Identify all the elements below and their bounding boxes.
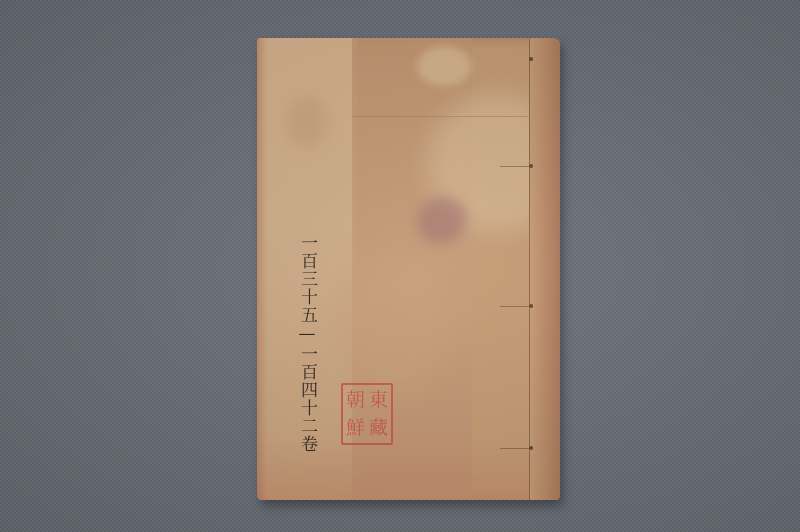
binding-stitch: [500, 166, 530, 167]
cover-crease: [352, 116, 532, 117]
binding-hole: [529, 446, 533, 450]
handwritten-volume-label: 一百三十五—一百四十二卷: [291, 234, 323, 453]
seal-char: 鮮: [346, 419, 365, 438]
book-spine: [529, 38, 560, 500]
binding-stitch: [500, 448, 530, 449]
paper-stain: [337, 253, 447, 403]
seal-char: 東: [369, 391, 388, 410]
binding-stitch: [500, 306, 530, 307]
binding-hole: [529, 304, 533, 308]
paper-stain: [287, 98, 327, 148]
book-cover: 一百三十五—一百四十二卷 朝 東 鮮 藏: [257, 38, 560, 500]
seal-char: 藏: [369, 419, 388, 438]
binding-hole: [529, 164, 533, 168]
seal-char: 朝: [346, 391, 365, 410]
paper-stain: [417, 46, 472, 86]
binding-hole: [529, 57, 533, 61]
cover-edge: [257, 38, 267, 500]
red-collector-seal: 朝 東 鮮 藏: [341, 383, 393, 445]
